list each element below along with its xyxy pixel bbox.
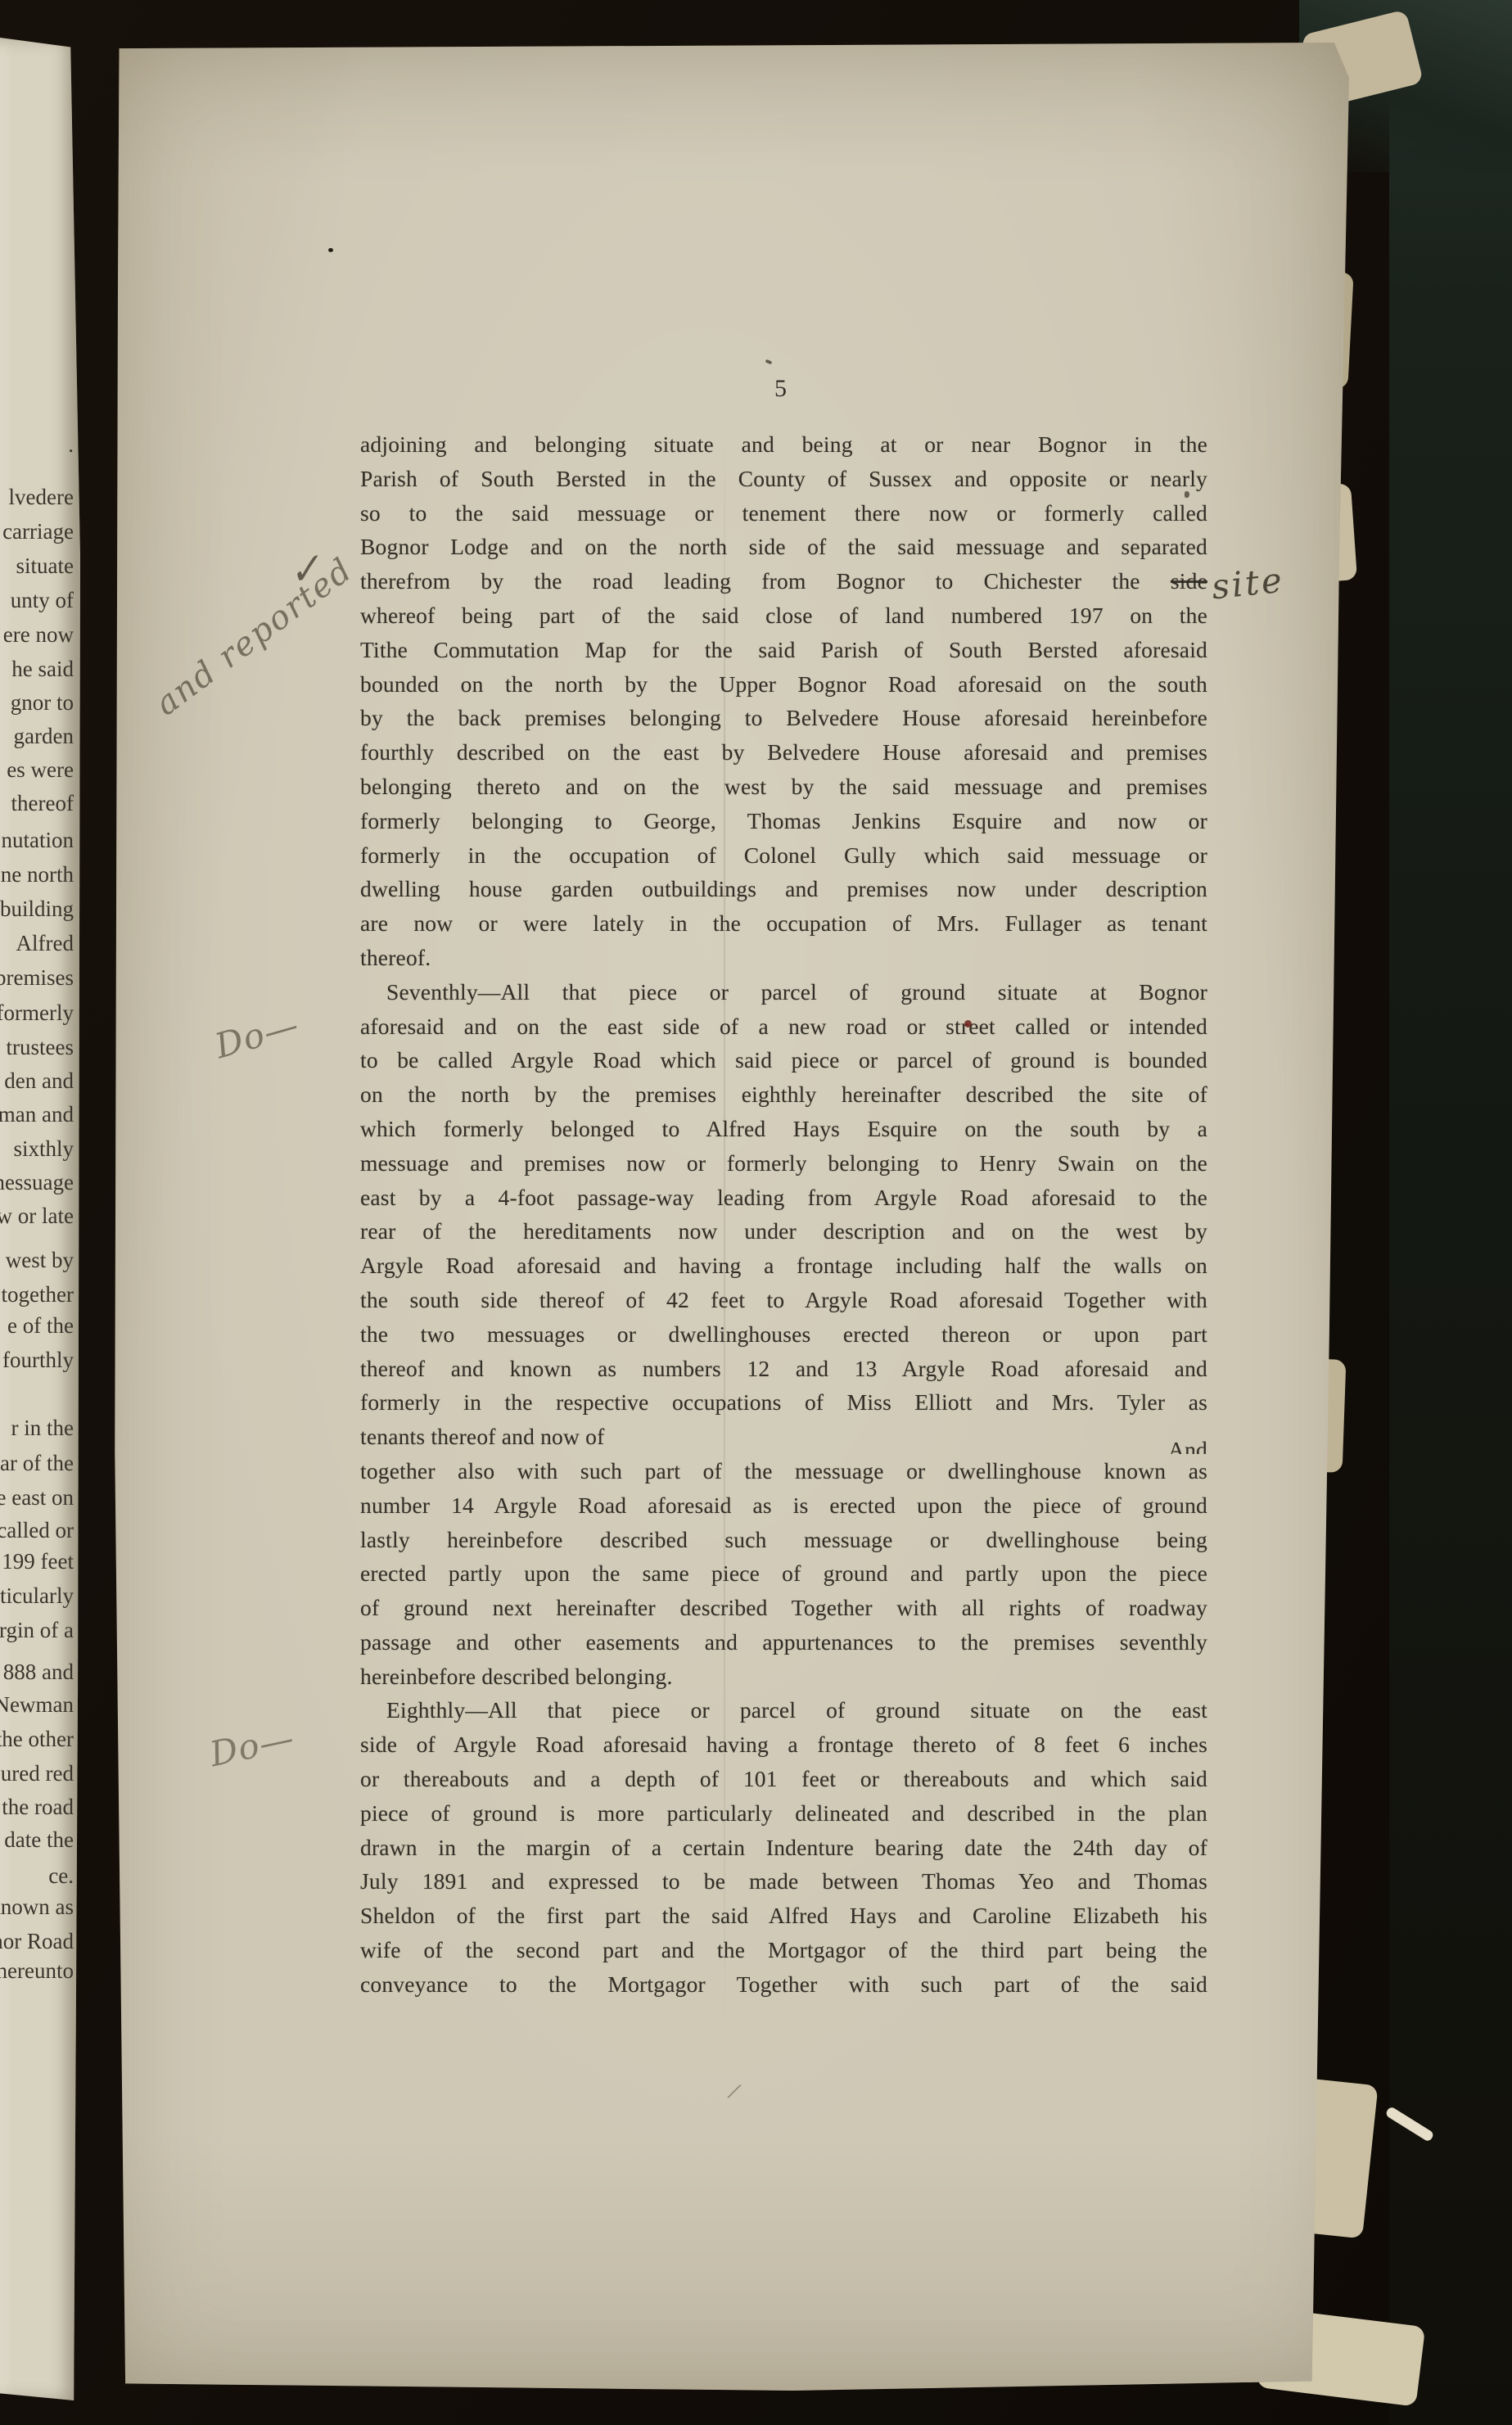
text-line: east by a 4-foot passage-way leading fro…: [360, 1181, 1207, 1215]
previous-page-text-fragment: the road: [2, 1795, 74, 1819]
text-line: which formerly belonged to Alfred Hays E…: [360, 1112, 1207, 1146]
text-line: lastly hereinbefore described such messu…: [360, 1523, 1207, 1557]
previous-page-text-fragment: gnor to: [11, 690, 74, 715]
text-line: number 14 Argyle Road aforesaid as is er…: [360, 1488, 1207, 1523]
previous-page-text-fragment: thereunto: [0, 1958, 74, 1983]
text-line: of ground next hereinafter described Tog…: [360, 1591, 1207, 1625]
text-line: dwelling house garden outbuildings and p…: [360, 872, 1207, 906]
text-line: piece of ground is more particularly del…: [360, 1796, 1207, 1831]
previous-page-text-fragment: oured red: [0, 1761, 74, 1786]
text-line: to be called Argyle Road which said piec…: [360, 1043, 1207, 1077]
previous-page-text-fragment: es were: [7, 757, 74, 782]
previous-page-text-fragment: he said: [11, 657, 74, 681]
previous-page-text-fragment: fourthly: [2, 1348, 74, 1372]
text-line: wife of the second part and the Mortgago…: [360, 1933, 1207, 1967]
previous-page-text-fragment: ne north: [1, 862, 74, 887]
previous-page-text-fragment: nessuage: [0, 1170, 74, 1194]
text-line: formerly belonging to George, Thomas Jen…: [360, 804, 1207, 838]
text-line: July 1891 and expressed to be made betwe…: [360, 1864, 1207, 1899]
previous-page-text-fragment: situate: [16, 553, 74, 578]
previous-page-text-fragment: den and: [4, 1068, 74, 1093]
text-line: drawn in the margin of a certain Indentu…: [360, 1831, 1207, 1865]
text-line: on the north by the premises eighthly he…: [360, 1077, 1207, 1112]
scanned-document-photo: .lvederecarriagesituateunty ofere nowhe …: [0, 0, 1512, 2425]
text-line: adjoining and belonging situate and bein…: [360, 427, 1207, 462]
previous-page-text-fragment: ce.: [48, 1863, 74, 1888]
previous-page-text-fragment: Newman: [0, 1692, 74, 1717]
handwritten-correction-site: site: [1210, 559, 1286, 607]
previous-page-text-fragment: 888 and: [3, 1660, 74, 1684]
ink-dot: [328, 248, 333, 252]
text-line: erected partly upon the same piece of gr…: [360, 1556, 1207, 1591]
text-line: Argyle Road aforesaid and having a front…: [360, 1249, 1207, 1283]
previous-page-text-fragment: formerly: [0, 1000, 74, 1025]
text-line: belonging thereto and on the west by the…: [360, 770, 1207, 804]
text-line: conveyance to the Mortgagor Together wit…: [360, 1967, 1207, 2002]
text-line: Bognor Lodge and on the north side of th…: [360, 530, 1207, 564]
struck-through-word: side: [1171, 568, 1207, 594]
previous-page-text-fragment: man and: [0, 1102, 74, 1127]
previous-page-edge: .lvederecarriagesituateunty ofere nowhe …: [0, 38, 80, 2400]
text-block: adjoining and belonging situate and bein…: [360, 427, 1207, 2002]
text-line: Seventhly—All that piece or parcel of gr…: [360, 975, 1207, 1009]
text-line: Parish of South Bersted in the County of…: [360, 462, 1207, 496]
previous-page-text-fragment: together: [2, 1282, 74, 1307]
previous-page-text-fragment: .: [68, 432, 74, 457]
text-line: so to the said messuage or tenement ther…: [360, 496, 1207, 531]
previous-page-text-fragment: e of the: [7, 1313, 74, 1338]
text-line: thereof.: [360, 941, 1207, 975]
previous-page-text-fragment: ar of the: [0, 1451, 74, 1475]
text-line: bounded on the north by the Upper Bognor…: [360, 667, 1207, 702]
previous-page-text-fragment: the other: [0, 1727, 74, 1751]
text-line: Eighthly—All that piece or parcel of gro…: [360, 1693, 1207, 1727]
previous-page-text-fragment: unty of: [11, 588, 74, 612]
page-number: 5: [774, 375, 787, 403]
text-line: the two messuages or dwellinghouses erec…: [360, 1317, 1207, 1352]
previous-page-text-fragment: carriage: [2, 519, 74, 544]
previous-page-text-fragment: e east on: [0, 1485, 74, 1510]
text-line: fourthly described on the east by Belved…: [360, 735, 1207, 770]
previous-page-text-fragment: nor Road: [0, 1929, 74, 1953]
text-line: or thereabouts and a depth of 101 feet o…: [360, 1762, 1207, 1796]
previous-page-text-fragment: nutation: [2, 828, 74, 852]
text-line: tenants thereof and now ofAnd: [360, 1420, 1207, 1454]
catchword: And: [1168, 1433, 1207, 1454]
previous-page-text-fragment: trustees: [7, 1035, 74, 1059]
text-line: passage and other easements and appurten…: [360, 1625, 1207, 1660]
book-cover-background: [1389, 0, 1512, 2425]
previous-page-text-fragment: Alfred: [16, 931, 74, 955]
text-line: Sheldon of the first part the said Alfre…: [360, 1899, 1207, 1933]
previous-page-text-fragment: premises: [0, 965, 74, 990]
previous-page-text-fragment: building: [0, 896, 74, 921]
text-line: formerly in the occupation of Colonel Gu…: [360, 838, 1207, 873]
text-line: rear of the hereditaments now under desc…: [360, 1214, 1207, 1249]
previous-page-text-fragment: 199 feet: [2, 1549, 74, 1574]
text-line: hereinbefore described belonging.: [360, 1660, 1207, 1694]
previous-page-text-fragment: garden: [14, 724, 74, 748]
text-line: side of Argyle Road aforesaid having a f…: [360, 1727, 1207, 1762]
text-line: aforesaid and on the east side of a new …: [360, 1009, 1207, 1044]
previous-page-text-fragment: called or: [0, 1518, 74, 1542]
text-line: formerly in the respective occupations o…: [360, 1385, 1207, 1420]
text-line: therefrom by the road leading from Bogno…: [360, 564, 1207, 598]
previous-page-text-fragment: rgin of a: [0, 1618, 74, 1642]
text-line: the south side thereof of 42 feet to Arg…: [360, 1283, 1207, 1317]
text-line: are now or were lately in the occupation…: [360, 906, 1207, 941]
previous-page-text-fragment: thereof: [11, 791, 74, 815]
previous-page-text-fragment: west by: [6, 1248, 74, 1272]
previous-page-text-fragment: known as: [0, 1894, 74, 1919]
previous-page-text-fragment: ere now: [3, 622, 74, 647]
previous-page-text-fragment: r in the: [11, 1416, 74, 1440]
ink-dot: [1185, 491, 1189, 498]
text-line: thereof and known as numbers 12 and 13 A…: [360, 1352, 1207, 1386]
text-line: together also with such part of the mess…: [360, 1454, 1207, 1488]
text-line: Tithe Commutation Map for the said Paris…: [360, 633, 1207, 667]
previous-page-text-fragment: lvedere: [9, 485, 74, 509]
previous-page-text-fragment: sixthly: [13, 1136, 74, 1161]
text-line: messuage and premises now or formerly be…: [360, 1146, 1207, 1181]
red-ink-speck: [964, 1020, 972, 1027]
previous-page-text-fragment: date the: [4, 1827, 74, 1852]
text-line: whereof being part of the said close of …: [360, 598, 1207, 633]
previous-page-text-fragment: w or late: [0, 1203, 74, 1228]
previous-page-text-fragment: rticularly: [0, 1583, 74, 1608]
text-line: by the back premises belonging to Belved…: [360, 701, 1207, 735]
